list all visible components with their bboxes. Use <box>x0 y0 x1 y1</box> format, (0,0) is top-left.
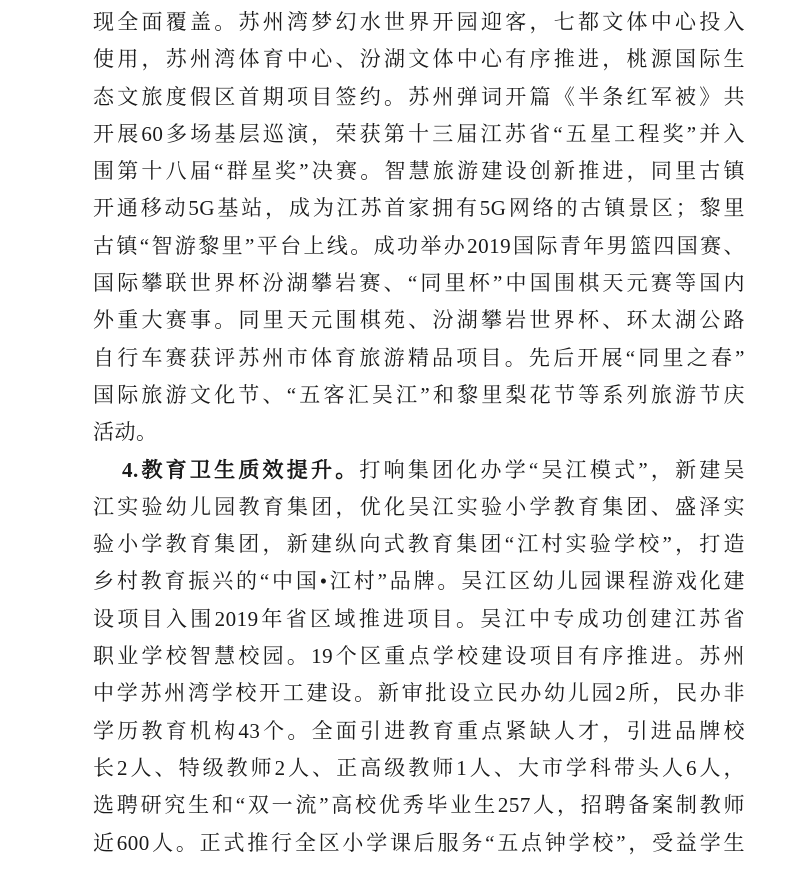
text-line-3: 态文旅度假区首期项目签约。苏州弹词开篇《半条红军被》共 <box>93 79 745 116</box>
text-run: 学历教育机构43个。全面引进教育重点紧缺人才，引进品牌校 <box>93 719 745 743</box>
text-run: 打响集团化办学“吴江模式”，新建吴 <box>359 458 745 482</box>
document-text-block: 现全面覆盖。苏州湾梦幻水世界开园迎客，七都文体中心投入使用，苏州湾体育中心、汾湖… <box>93 4 745 862</box>
text-run: 现全面覆盖。苏州湾梦幻水世界开园迎客，七都文体中心投入 <box>93 10 745 34</box>
text-run: 选聘研究生和“双一流”高校优秀毕业生257人，招聘备案制教师 <box>93 793 745 817</box>
text-line-17: 设项目入围2019年省区域推进项目。吴江中专成功创建江苏省 <box>93 601 745 638</box>
text-run: 近600人。正式推行全区小学课后服务“五点钟学校”，受益学生 <box>93 831 745 855</box>
text-line-20: 学历教育机构43个。全面引进教育重点紧缺人才，引进品牌校 <box>93 713 745 750</box>
text-run: 使用，苏州湾体育中心、汾湖文体中心有序推进，桃源国际生 <box>93 47 745 71</box>
text-line-18: 职业学校智慧校园。19个区重点学校建设项目有序推进。苏州 <box>93 638 745 675</box>
document-page: 现全面覆盖。苏州湾梦幻水世界开园迎客，七都文体中心投入使用，苏州湾体育中心、汾湖… <box>0 0 793 896</box>
text-line-2: 使用，苏州湾体育中心、汾湖文体中心有序推进，桃源国际生 <box>93 41 745 78</box>
text-run: 活动。 <box>93 420 158 444</box>
text-line-12: 活动。 <box>93 414 745 451</box>
text-line-15: 验小学教育集团，新建纵向式教育集团“江村实验学校”，打造 <box>93 526 745 563</box>
text-run: 态文旅度假区首期项目签约。苏州弹词开篇《半条红军被》共 <box>93 85 745 109</box>
text-run: 国际攀联世界杯汾湖攀岩赛、“同里杯”中国围棋天元赛等国内 <box>93 271 745 295</box>
text-line-22: 选聘研究生和“双一流”高校优秀毕业生257人，招聘备案制教师 <box>93 787 745 824</box>
text-run: 围第十八届“群星奖”决赛。智慧旅游建设创新推进，同里古镇 <box>93 159 745 183</box>
text-line-21: 长2人、特级教师2人、正高级教师1人、大市学科带头人6人， <box>93 750 745 787</box>
text-run: 国际旅游文化节、“五客汇吴江”和黎里梨花节等系列旅游节庆 <box>93 383 745 407</box>
text-run: 开展60多场基层巡演，荣获第十三届江苏省“五星工程奖”并入 <box>93 122 745 146</box>
text-line-1: 现全面覆盖。苏州湾梦幻水世界开园迎客，七都文体中心投入 <box>93 4 745 41</box>
text-run: 乡村教育振兴的“中国•江村”品牌。吴江区幼儿园课程游戏化建 <box>93 569 745 593</box>
text-line-19: 中学苏州湾学校开工建设。新审批设立民办幼儿园2所，民办非 <box>93 675 745 712</box>
text-line-10: 自行车赛获评苏州市体育旅游精品项目。先后开展“同里之春” <box>93 340 745 377</box>
text-run: 中学苏州湾学校开工建设。新审批设立民办幼儿园2所，民办非 <box>93 681 745 705</box>
text-line-9: 外重大赛事。同里天元围棋苑、汾湖攀岩世界杯、环太湖公路 <box>93 302 745 339</box>
text-line-7: 古镇“智游黎里”平台上线。成功举办2019国际青年男篮四国赛、 <box>93 228 745 265</box>
text-line-23: 近600人。正式推行全区小学课后服务“五点钟学校”，受益学生 <box>93 825 745 862</box>
text-run: 江实验幼儿园教育集团，优化吴江实验小学教育集团、盛泽实 <box>93 495 745 519</box>
text-run: 开通移动5G基站，成为江苏首家拥有5G网络的古镇景区；黎里 <box>93 196 745 220</box>
text-line-5: 围第十八届“群星奖”决赛。智慧旅游建设创新推进，同里古镇 <box>93 153 745 190</box>
text-line-4: 开展60多场基层巡演，荣获第十三届江苏省“五星工程奖”并入 <box>93 116 745 153</box>
text-run: 设项目入围2019年省区域推进项目。吴江中专成功创建江苏省 <box>93 607 745 631</box>
text-run: 自行车赛获评苏州市体育旅游精品项目。先后开展“同里之春” <box>93 346 745 370</box>
bold-text-run: 4.教育卫生质效提升。 <box>122 458 359 482</box>
text-run: 长2人、特级教师2人、正高级教师1人、大市学科带头人6人， <box>93 756 745 780</box>
text-line-11: 国际旅游文化节、“五客汇吴江”和黎里梨花节等系列旅游节庆 <box>93 377 745 414</box>
text-line-16: 乡村教育振兴的“中国•江村”品牌。吴江区幼儿园课程游戏化建 <box>93 563 745 600</box>
text-run: 验小学教育集团，新建纵向式教育集团“江村实验学校”，打造 <box>93 532 745 556</box>
text-run: 职业学校智慧校园。19个区重点学校建设项目有序推进。苏州 <box>93 644 745 668</box>
text-line-13: 4.教育卫生质效提升。打响集团化办学“吴江模式”，新建吴 <box>93 452 745 489</box>
text-run: 古镇“智游黎里”平台上线。成功举办2019国际青年男篮四国赛、 <box>93 234 745 258</box>
text-line-14: 江实验幼儿园教育集团，优化吴江实验小学教育集团、盛泽实 <box>93 489 745 526</box>
text-line-8: 国际攀联世界杯汾湖攀岩赛、“同里杯”中国围棋天元赛等国内 <box>93 265 745 302</box>
text-line-6: 开通移动5G基站，成为江苏首家拥有5G网络的古镇景区；黎里 <box>93 190 745 227</box>
text-run: 外重大赛事。同里天元围棋苑、汾湖攀岩世界杯、环太湖公路 <box>93 308 745 332</box>
